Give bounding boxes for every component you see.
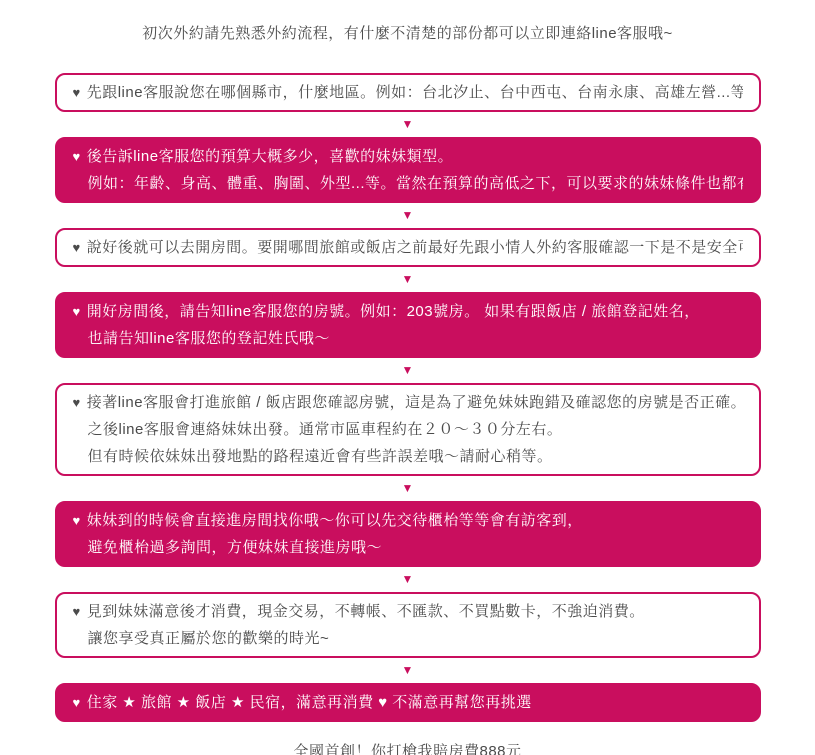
step-line: ♥見到妹妹滿意後才消費，現金交易，不轉帳、不匯款、不買點數卡，不強迫消費。 [73, 598, 743, 625]
step-line: ♥接著line客服會打進旅館 / 飯店跟您確認房號，這是為了避免妹妹跑錯及確認您… [73, 389, 743, 416]
heart-bullet-icon: ♥ [73, 395, 81, 410]
step-line: 例如：年齡、身高、體重、胸圍、外型...等。當然在預算的高低之下，可以要求的妹妹… [73, 170, 743, 197]
step-text: 先跟line客服說您在哪個縣市，什麼地區。例如：台北汐止、台中西屯、台南永康、高… [87, 84, 743, 101]
step-text: 後告訴line客服您的預算大概多少，喜歡的妹妹類型。 [87, 148, 453, 165]
step-box: ♥見到妹妹滿意後才消費，現金交易，不轉帳、不匯款、不買點數卡，不強迫消費。讓您享… [55, 592, 761, 658]
step-text: 住家 ★ 旅館 ★ 飯店 ★ 民宿，滿意再消費 ♥ 不滿意再幫您再挑選 [87, 694, 532, 711]
down-arrow-icon: ▼ [55, 658, 761, 683]
step-box: ♥後告訴line客服您的預算大概多少，喜歡的妹妹類型。例如：年齡、身高、體重、胸… [55, 137, 761, 203]
step-text: 也請告知line客服您的登記姓氏哦～ [88, 330, 330, 347]
step-line: 讓您享受真正屬於您的歡樂的時光~ [73, 625, 743, 652]
steps-flow: ♥先跟line客服說您在哪個縣市，什麼地區。例如：台北汐止、台中西屯、台南永康、… [55, 73, 761, 722]
step-text: 見到妹妹滿意後才消費，現金交易，不轉帳、不匯款、不買點數卡，不強迫消費。 [87, 603, 645, 620]
heart-bullet-icon: ♥ [73, 85, 81, 100]
page-title: 初次外約請先熟悉外約流程，有什麼不清楚的部份都可以立即連絡line客服哦~ [0, 22, 815, 43]
step-text: 讓您享受真正屬於您的歡樂的時光~ [88, 630, 330, 647]
guarantee-footer-text: 全國首創！你打槍我賠房費888元 [0, 740, 815, 755]
down-arrow-icon: ▼ [55, 112, 761, 137]
step-box: ♥妹妹到的時候會直接進房間找你哦～你可以先交待櫃枱等等會有訪客到，避免櫃枱過多詢… [55, 501, 761, 567]
step-line: ♥說好後就可以去開房間。要開哪間旅館或飯店之前最好先跟小情人外約客服確認一下是不… [73, 234, 743, 261]
step-line: ♥後告訴line客服您的預算大概多少，喜歡的妹妹類型。 [73, 143, 743, 170]
step-text: 例如：年齡、身高、體重、胸圍、外型...等。當然在預算的高低之下，可以要求的妹妹… [88, 175, 743, 192]
down-arrow-icon: ▼ [55, 267, 761, 292]
heart-bullet-icon: ♥ [73, 695, 81, 710]
step-line: 之後line客服會連絡妹妹出發。通常市區車程約在２０～３０分左右。 [73, 416, 743, 443]
step-box: ♥住家 ★ 旅館 ★ 飯店 ★ 民宿，滿意再消費 ♥ 不滿意再幫您再挑選 [55, 683, 761, 722]
step-box: ♥接著line客服會打進旅館 / 飯店跟您確認房號，這是為了避免妹妹跑錯及確認您… [55, 383, 761, 476]
heart-bullet-icon: ♥ [73, 240, 81, 255]
down-arrow-icon: ▼ [55, 476, 761, 501]
step-line: ♥開好房間後，請告知line客服您的房號。例如：203號房。 如果有跟飯店 / … [73, 298, 743, 325]
heart-bullet-icon: ♥ [73, 149, 81, 164]
down-arrow-icon: ▼ [55, 358, 761, 383]
heart-bullet-icon: ♥ [73, 304, 81, 319]
step-text: 妹妹到的時候會直接進房間找你哦～你可以先交待櫃枱等等會有訪客到， [87, 512, 583, 529]
step-text: 之後line客服會連絡妹妹出發。通常市區車程約在２０～３０分左右。 [88, 421, 563, 438]
step-line: 也請告知line客服您的登記姓氏哦～ [73, 325, 743, 352]
heart-bullet-icon: ♥ [73, 513, 81, 528]
outcall-flow-page: 初次外約請先熟悉外約流程，有什麼不清楚的部份都可以立即連絡line客服哦~ ♥先… [0, 0, 815, 755]
step-line: ♥先跟line客服說您在哪個縣市，什麼地區。例如：台北汐止、台中西屯、台南永康、… [73, 79, 743, 106]
step-line: 但有時候依妹妹出發地點的路程遠近會有些許誤差哦～請耐心稍等。 [73, 443, 743, 470]
step-text: 說好後就可以去開房間。要開哪間旅館或飯店之前最好先跟小情人外約客服確認一下是不是… [87, 239, 743, 256]
step-text: 避免櫃枱過多詢問，方便妹妹直接進房哦～ [88, 539, 383, 556]
step-text: 但有時候依妹妹出發地點的路程遠近會有些許誤差哦～請耐心稍等。 [88, 448, 553, 465]
heart-bullet-icon: ♥ [73, 604, 81, 619]
step-line: ♥住家 ★ 旅館 ★ 飯店 ★ 民宿，滿意再消費 ♥ 不滿意再幫您再挑選 [73, 689, 743, 716]
step-box: ♥先跟line客服說您在哪個縣市，什麼地區。例如：台北汐止、台中西屯、台南永康、… [55, 73, 761, 112]
down-arrow-icon: ▼ [55, 567, 761, 592]
step-text: 接著line客服會打進旅館 / 飯店跟您確認房號，這是為了避免妹妹跑錯及確認您的… [87, 394, 743, 411]
step-line: ♥妹妹到的時候會直接進房間找你哦～你可以先交待櫃枱等等會有訪客到， [73, 507, 743, 534]
step-text: 開好房間後，請告知line客服您的房號。例如：203號房。 如果有跟飯店 / 旅… [87, 303, 700, 320]
step-box: ♥說好後就可以去開房間。要開哪間旅館或飯店之前最好先跟小情人外約客服確認一下是不… [55, 228, 761, 267]
step-line: 避免櫃枱過多詢問，方便妹妹直接進房哦～ [73, 534, 743, 561]
step-box: ♥開好房間後，請告知line客服您的房號。例如：203號房。 如果有跟飯店 / … [55, 292, 761, 358]
down-arrow-icon: ▼ [55, 203, 761, 228]
